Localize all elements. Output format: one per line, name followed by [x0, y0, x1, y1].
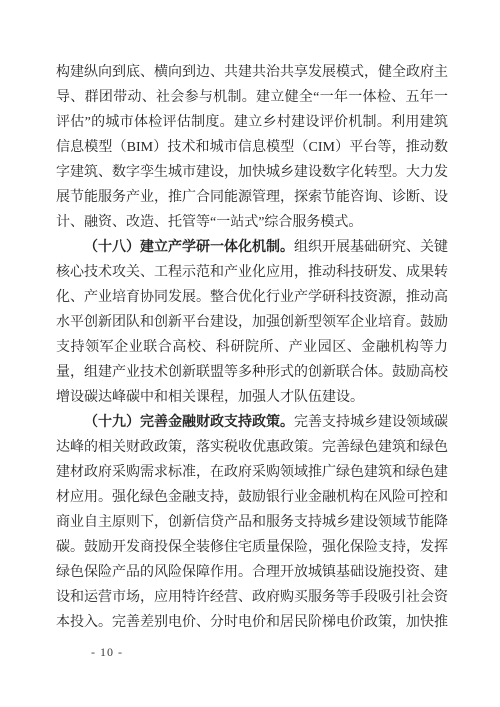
paragraph-text: 完善支持城乡建设领域碳达峰的相关财政政策，落实税收优惠政策。完善绿色建筑和绿色建… — [56, 415, 448, 630]
section-heading: （十八）建立产学研一体化机制。 — [84, 240, 294, 255]
document-body: 构建纵向到底、横向到边、共建共治共享发展模式，健全政府主导、群团带动、社会参与机… — [56, 60, 448, 635]
paragraph-text: 构建纵向到底、横向到边、共建共治共享发展模式，健全政府主导、群团带动、社会参与机… — [56, 65, 448, 230]
paragraph-section-18: （十八）建立产学研一体化机制。组织开展基础研究、关键核心技术攻关、工程示范和产业… — [56, 235, 448, 410]
paragraph-continuation: 构建纵向到底、横向到边、共建共治共享发展模式，健全政府主导、群团带动、社会参与机… — [56, 60, 448, 235]
section-heading: （十九）完善金融财政支持政策。 — [84, 415, 294, 430]
paragraph-text: 组织开展基础研究、关键核心技术攻关、工程示范和产业化应用，推动科技研发、成果转化… — [56, 240, 448, 405]
document-page: 构建纵向到底、横向到边、共建共治共享发展模式，健全政府主导、群团带动、社会参与机… — [0, 0, 500, 707]
paragraph-section-19: （十九）完善金融财政支持政策。完善支持城乡建设领域碳达峰的相关财政政策，落实税收… — [56, 410, 448, 635]
page-number: - 10 - — [91, 644, 123, 660]
